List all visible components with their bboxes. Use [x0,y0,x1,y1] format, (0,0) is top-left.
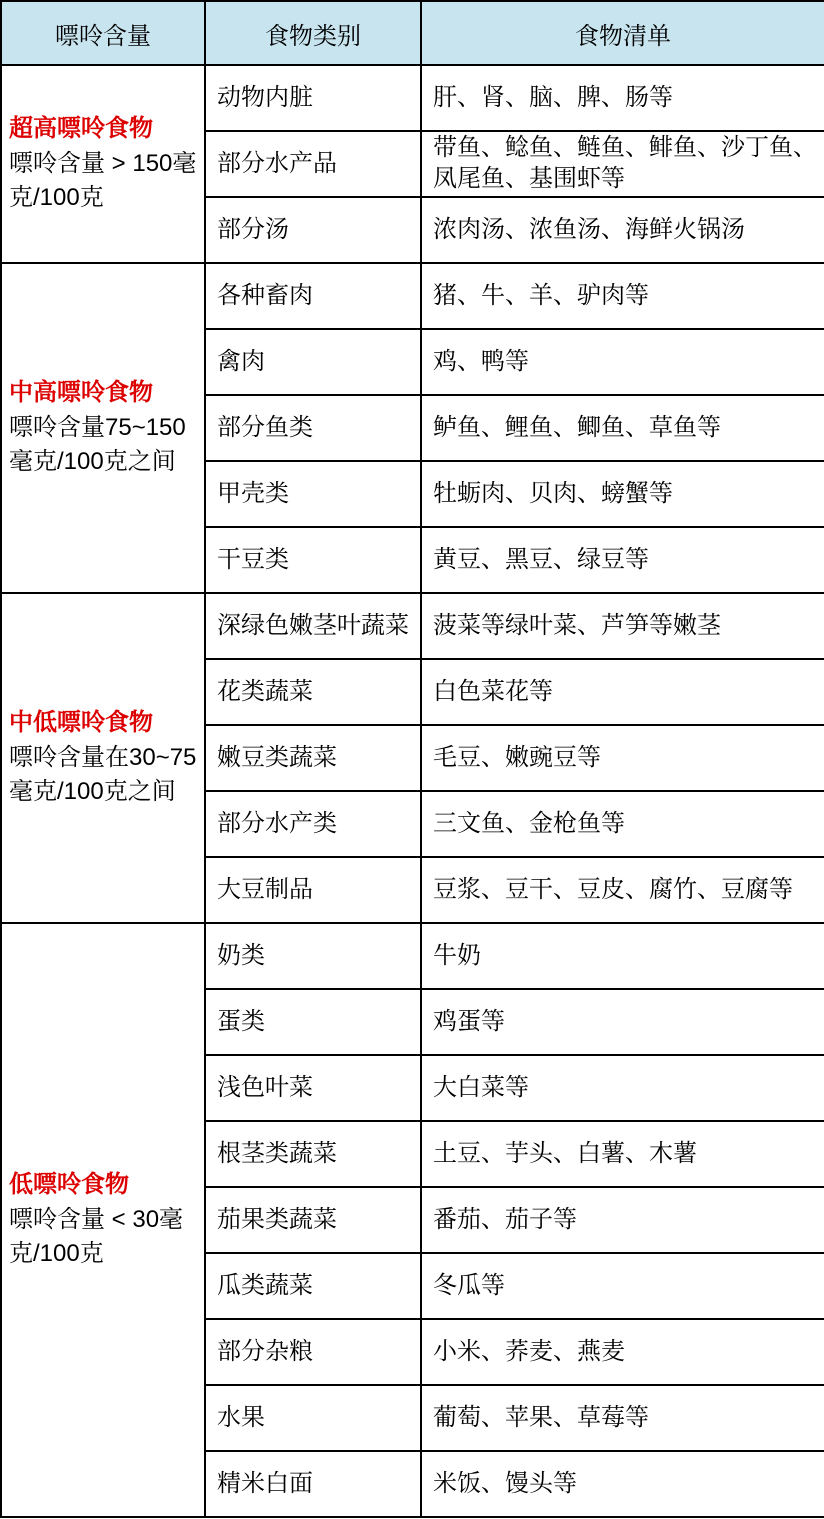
food-list-cell: 黄豆、黑豆、绿豆等 [421,527,824,593]
food-list-cell: 牛奶 [421,923,824,989]
purine-table: 嘌呤含量 食物类别 食物清单 超高嘌呤食物嘌呤含量 > 150毫 克/100克动… [0,0,824,1518]
purine-level-title: 低嘌呤食物 [9,1168,200,1203]
category-cell: 精米白面 [205,1451,421,1517]
category-cell: 瓜类蔬菜 [205,1253,421,1319]
header-food-category: 食物类别 [205,1,421,65]
category-cell: 浅色叶菜 [205,1055,421,1121]
category-cell: 干豆类 [205,527,421,593]
food-list-cell: 三文鱼、金枪鱼等 [421,791,824,857]
category-cell: 动物内脏 [205,65,421,131]
table-row: 中高嘌呤食物嘌呤含量75~150 毫克/100克之间各种畜肉猪、牛、羊、驴肉等 [1,263,824,329]
food-list-cell: 猪、牛、羊、驴肉等 [421,263,824,329]
category-cell: 各种畜肉 [205,263,421,329]
purine-level-range: 嘌呤含量 > 150毫 克/100克 [9,147,200,217]
category-cell: 部分水产品 [205,131,421,197]
purine-level-range: 嘌呤含量75~150 毫克/100克之间 [9,411,200,481]
category-cell: 茄果类蔬菜 [205,1187,421,1253]
purine-level-title: 超高嘌呤食物 [9,112,200,147]
category-cell: 蛋类 [205,989,421,1055]
header-row: 嘌呤含量 食物类别 食物清单 [1,1,824,65]
category-cell: 花类蔬菜 [205,659,421,725]
purine-level-cell: 中高嘌呤食物嘌呤含量75~150 毫克/100克之间 [1,263,205,593]
food-list-cell: 番茄、茄子等 [421,1187,824,1253]
food-list-cell: 土豆、芋头、白薯、木薯 [421,1121,824,1187]
category-cell: 部分杂粮 [205,1319,421,1385]
purine-level-cell: 中低嘌呤食物嘌呤含量在30~75 毫克/100克之间 [1,593,205,923]
table-row: 低嘌呤食物嘌呤含量 < 30毫 克/100克奶类牛奶 [1,923,824,989]
food-list-cell: 小米、荞麦、燕麦 [421,1319,824,1385]
food-list-cell: 米饭、馒头等 [421,1451,824,1517]
table-header: 嘌呤含量 食物类别 食物清单 [1,1,824,65]
category-cell: 深绿色嫩茎叶蔬菜 [205,593,421,659]
food-list-cell: 白色菜花等 [421,659,824,725]
food-list-cell: 鸡、鸭等 [421,329,824,395]
category-cell: 部分水产类 [205,791,421,857]
food-list-cell: 毛豆、嫩豌豆等 [421,725,824,791]
category-cell: 部分汤 [205,197,421,263]
category-cell: 禽肉 [205,329,421,395]
purine-level-range: 嘌呤含量在30~75 毫克/100克之间 [9,741,200,811]
food-list-cell: 鲈鱼、鲤鱼、鲫鱼、草鱼等 [421,395,824,461]
category-cell: 甲壳类 [205,461,421,527]
food-list-cell: 肝、肾、脑、脾、肠等 [421,65,824,131]
food-list-cell: 牡蛎肉、贝肉、螃蟹等 [421,461,824,527]
category-cell: 水果 [205,1385,421,1451]
purine-level-cell: 低嘌呤食物嘌呤含量 < 30毫 克/100克 [1,923,205,1517]
table-body: 超高嘌呤食物嘌呤含量 > 150毫 克/100克动物内脏肝、肾、脑、脾、肠等部分… [1,65,824,1517]
food-list-cell: 冬瓜等 [421,1253,824,1319]
food-list-cell: 葡萄、苹果、草莓等 [421,1385,824,1451]
category-cell: 根茎类蔬菜 [205,1121,421,1187]
food-list-cell: 带鱼、鲶鱼、鲢鱼、鲱鱼、沙丁鱼、 凤尾鱼、基围虾等 [421,131,824,197]
header-food-list: 食物清单 [421,1,824,65]
table-row: 中低嘌呤食物嘌呤含量在30~75 毫克/100克之间深绿色嫩茎叶蔬菜菠菜等绿叶菜… [1,593,824,659]
food-list-cell: 浓肉汤、浓鱼汤、海鲜火锅汤 [421,197,824,263]
table-row: 超高嘌呤食物嘌呤含量 > 150毫 克/100克动物内脏肝、肾、脑、脾、肠等 [1,65,824,131]
purine-level-title: 中高嘌呤食物 [9,376,200,411]
page: 嘌呤含量 食物类别 食物清单 超高嘌呤食物嘌呤含量 > 150毫 克/100克动… [0,0,824,1519]
food-list-cell: 豆浆、豆干、豆皮、腐竹、豆腐等 [421,857,824,923]
purine-level-range: 嘌呤含量 < 30毫 克/100克 [9,1203,200,1273]
category-cell: 大豆制品 [205,857,421,923]
food-list-cell: 鸡蛋等 [421,989,824,1055]
category-cell: 奶类 [205,923,421,989]
food-list-cell: 菠菜等绿叶菜、芦笋等嫩茎 [421,593,824,659]
category-cell: 嫩豆类蔬菜 [205,725,421,791]
header-purine-content: 嘌呤含量 [1,1,205,65]
category-cell: 部分鱼类 [205,395,421,461]
purine-level-title: 中低嘌呤食物 [9,706,200,741]
food-list-cell: 大白菜等 [421,1055,824,1121]
purine-level-cell: 超高嘌呤食物嘌呤含量 > 150毫 克/100克 [1,65,205,263]
